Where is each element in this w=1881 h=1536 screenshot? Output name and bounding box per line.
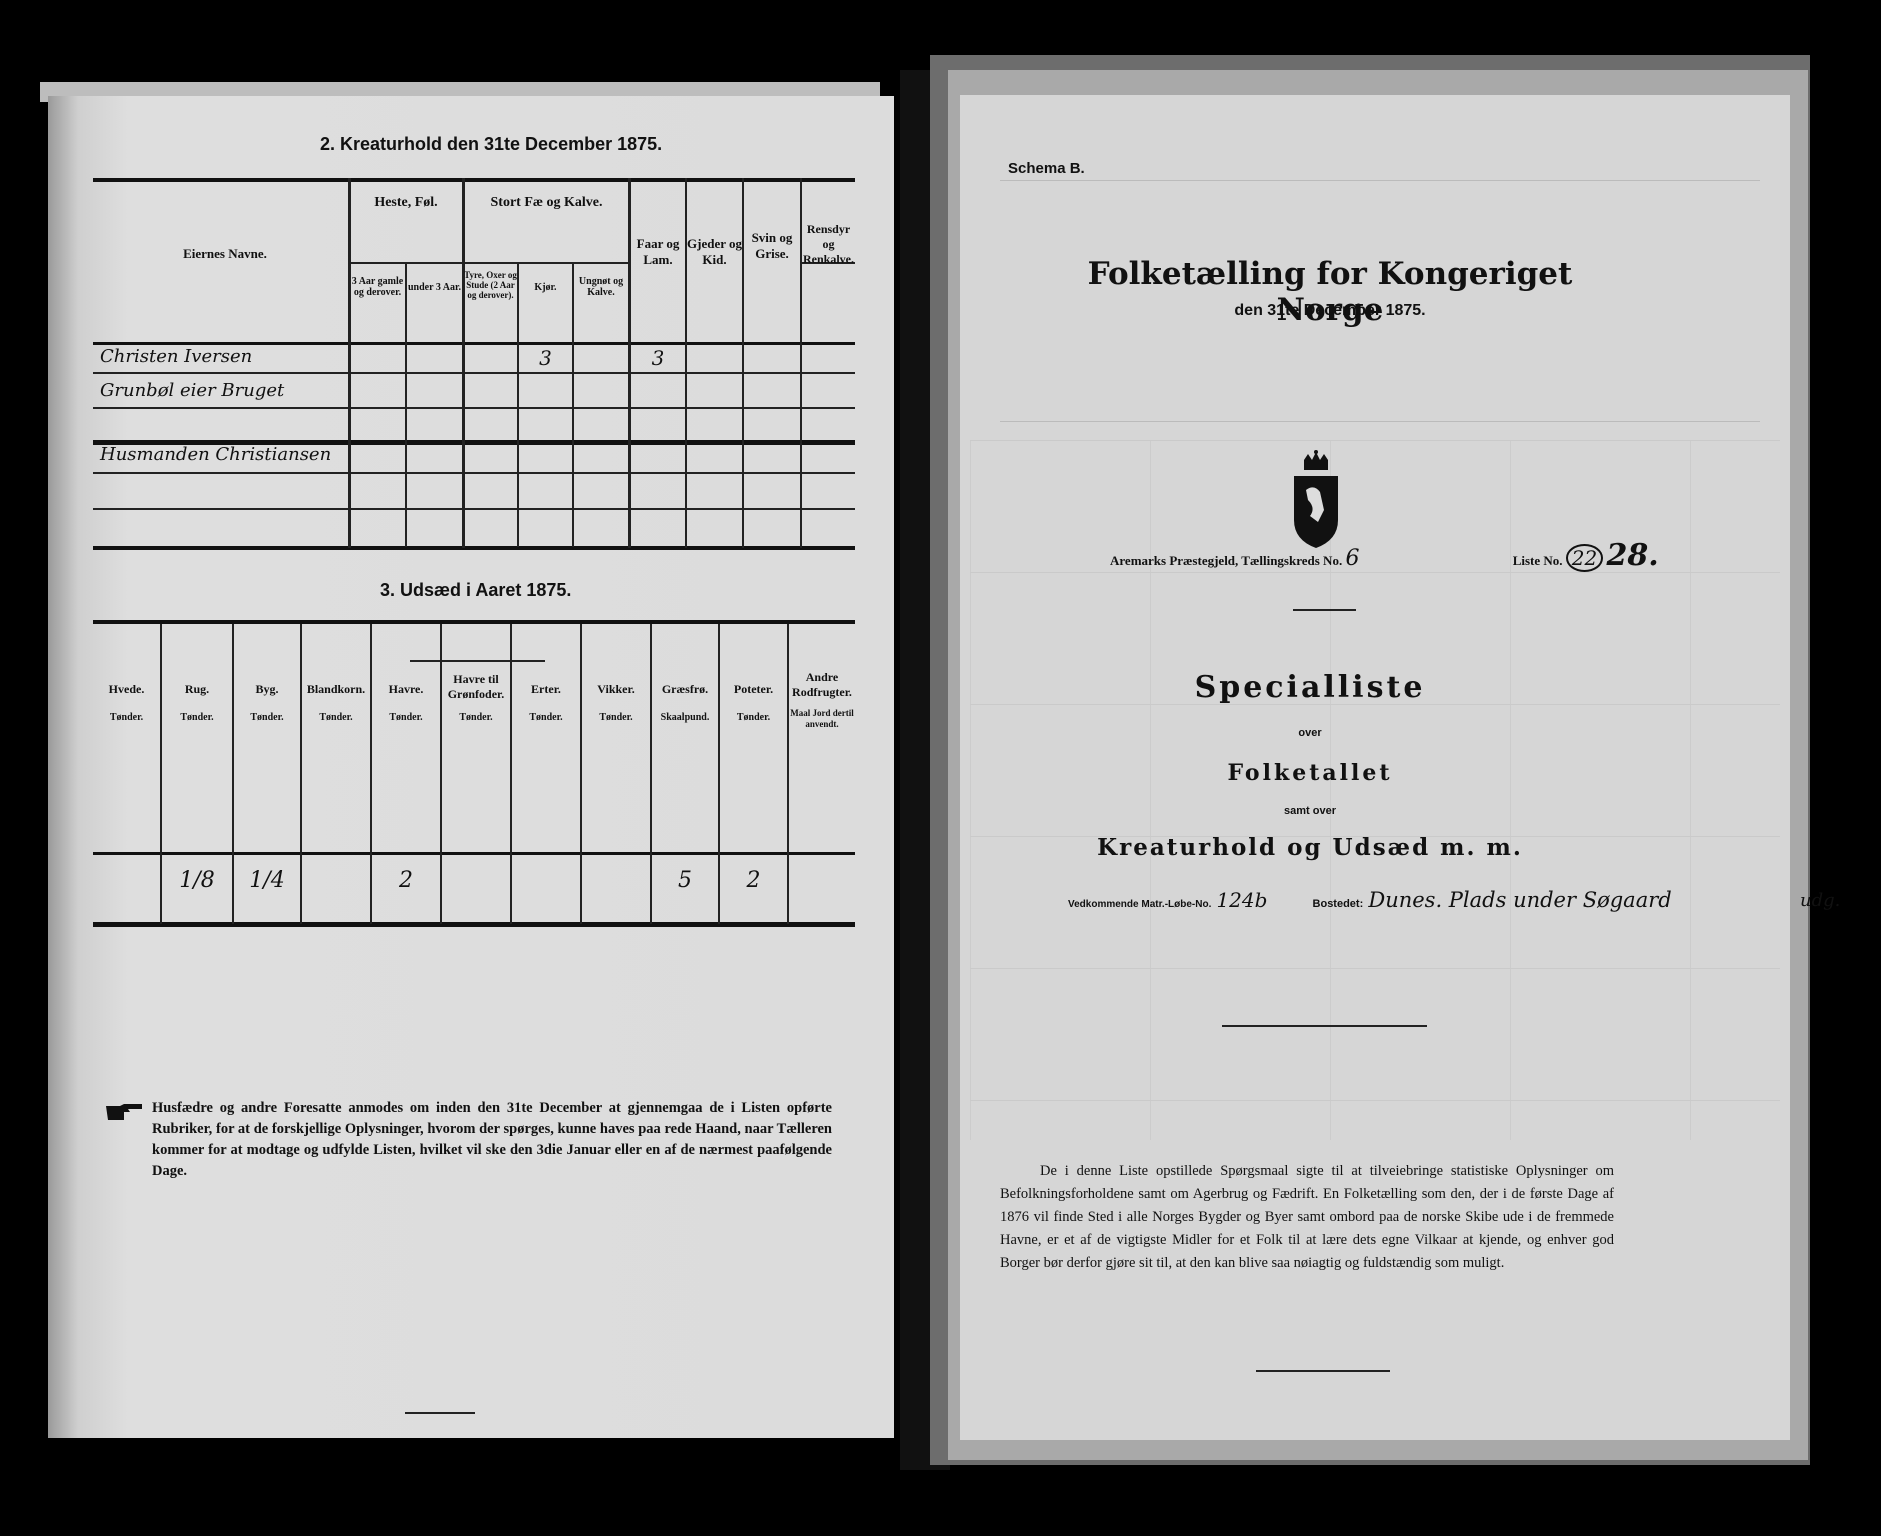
cows-value: 3 [519,346,572,370]
list-number-circled: 22 [1566,544,1603,572]
col-erter: Erter. [512,682,580,697]
district-value: 6 [1345,546,1359,571]
unit-andre-rodfrugter: Maal Jord dertil anvendt. [789,708,855,730]
unit-erter: Tønder. [512,712,580,723]
sheep-value: 3 [631,346,685,370]
col-horses-under3: under 3 Aar. [407,282,462,293]
kreaturhold-heading: Kreaturhold og Udsæd m. m. [1060,834,1560,861]
col-rug: Rug. [162,682,232,697]
pointing-hand-icon [104,1102,144,1124]
divider-short [1293,609,1356,611]
col-owners: Eiernes Navne. [150,246,300,262]
col-pigs: Svin og Grise. [744,230,800,262]
unit-hvede: Tønder. [93,712,160,723]
owner-row-1: Christen Iversen [100,346,252,367]
col-vikker: Vikker. [582,682,650,697]
unit-poteter: Tønder. [720,712,787,723]
rug-value: 1/8 [162,868,232,893]
parish-line: Aremarks Præstegjeld, Tællingskreds No. … [1110,538,1750,573]
owner-row-3: Husmanden Christiansen [100,444,331,465]
col-blandkorn: Blandkorn. [302,682,370,697]
census-date: den 31te December 1875. [1040,302,1620,320]
unit-blandkorn: Tønder. [302,712,370,723]
specialliste-heading: Specialliste [1100,670,1520,705]
over-label: over [1100,727,1520,739]
samt-over-label: samt over [1100,805,1520,817]
col-poteter: Poteter. [720,682,787,697]
list-label: Liste No. [1513,553,1563,568]
col-horses: Heste, Føl. [350,195,462,211]
col-young-calves: Ungnøt og Kalve. [574,276,628,298]
norway-coat-of-arms-icon [1290,450,1342,550]
col-reindeer: Rensdyr og Renkalve. [802,222,855,267]
unit-graesfro: Skaalpund. [652,712,718,723]
matrikel-label: Vedkommende Matr.-Løbe-No. [1068,899,1211,910]
parish-label: Aremarks Præstegjeld, [1110,553,1238,568]
col-cattle: Stort Fæ og Kalve. [465,195,628,211]
location-line: Vedkommende Matr.-Løbe-No. 124b Bostedet… [1068,888,1828,912]
col-hvede: Hvede. [93,682,160,697]
col-horses-3plus: 3 Aar gamle og derover. [350,276,405,298]
unit-havre: Tønder. [372,712,440,723]
byg-value: 1/4 [234,868,300,893]
instructions-notice: Husfædre og andre Foresatte anmodes om i… [152,1098,832,1182]
list-number: 28. [1607,538,1659,573]
bosted-label: Bostedet: [1313,898,1364,910]
owner-row-2: Grunbøl eier Bruget [100,380,284,401]
havre-value: 2 [372,868,440,893]
schema-label: Schema B. [1008,160,1085,177]
graesfro-value: 5 [652,868,718,893]
col-goats: Gjeder og Kid. [687,236,742,268]
col-graesfro: Græsfrø. [652,682,718,697]
unit-rug: Tønder. [162,712,232,723]
section2-title: 2. Kreaturhold den 31te December 1875. [320,134,662,155]
divider-mid [1222,1025,1427,1027]
divider [410,660,545,662]
col-havre-gronfoder: Havre til Grønfoder. [442,672,510,702]
divider-bottom-right [1256,1370,1390,1372]
col-byg: Byg. [234,682,300,697]
purpose-paragraph: De i denne Liste opstillede Spørgsmaal s… [1000,1160,1614,1275]
district-label: Tællingskreds No. [1241,553,1342,568]
col-andre-rodfrugter: Andre Rodfrugter. [789,670,855,700]
matrikel-value: 124b [1216,888,1267,912]
divider-bottom [405,1412,475,1414]
folketallet-heading: Folketallet [1100,760,1520,786]
margin-note: udg. [1800,890,1840,911]
col-bulls: Tyre, Oxer og Stude (2 Aar og derover). [464,270,517,300]
poteter-value: 2 [720,868,787,893]
unit-vikker: Tønder. [582,712,650,723]
section3-title: 3. Udsæd i Aaret 1875. [380,580,571,601]
unit-byg: Tønder. [234,712,300,723]
col-havre: Havre. [372,682,440,697]
col-sheep: Faar og Lam. [631,236,685,268]
unit-havre-gronfoder: Tønder. [442,712,510,723]
bosted-value: Dunes. Plads under Søgaard [1368,888,1671,912]
col-cows: Kjør. [519,282,572,293]
